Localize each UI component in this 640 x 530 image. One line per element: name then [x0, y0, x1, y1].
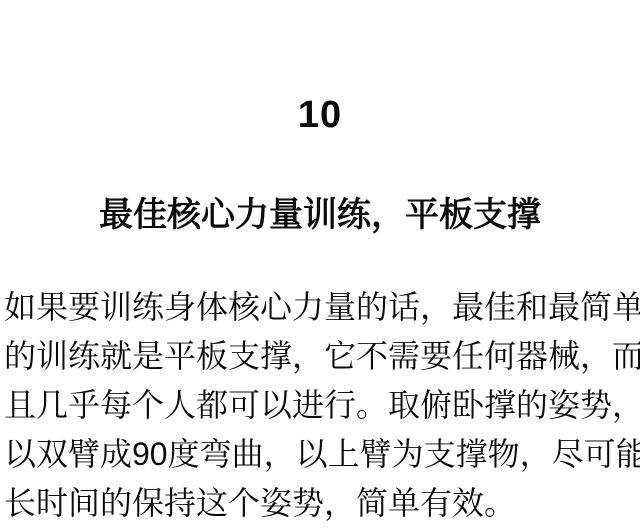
page-container: 10 最佳核心力量训练，平板支撑 如果要训练身体核心力量的话，最佳和最简单 的训… [0, 0, 640, 530]
body-line-4: 以双臂成90度弯曲，以上臂为支撑物，尽可能 [4, 430, 634, 479]
body-line-5: 长时间的保持这个姿势，简单有效。 [4, 479, 634, 528]
body-line-3: 且几乎每个人都可以进行。取俯卧撑的姿势， [4, 381, 634, 430]
article-title: 最佳核心力量训练，平板支撑 [0, 193, 640, 237]
item-number: 10 [0, 92, 640, 138]
body-line-1: 如果要训练身体核心力量的话，最佳和最简单 [4, 283, 634, 332]
body-paragraph: 如果要训练身体核心力量的话，最佳和最简单 的训练就是平板支撑，它不需要任何器械，… [0, 283, 640, 528]
body-line-2: 的训练就是平板支撑，它不需要任何器械，而 [4, 332, 634, 381]
